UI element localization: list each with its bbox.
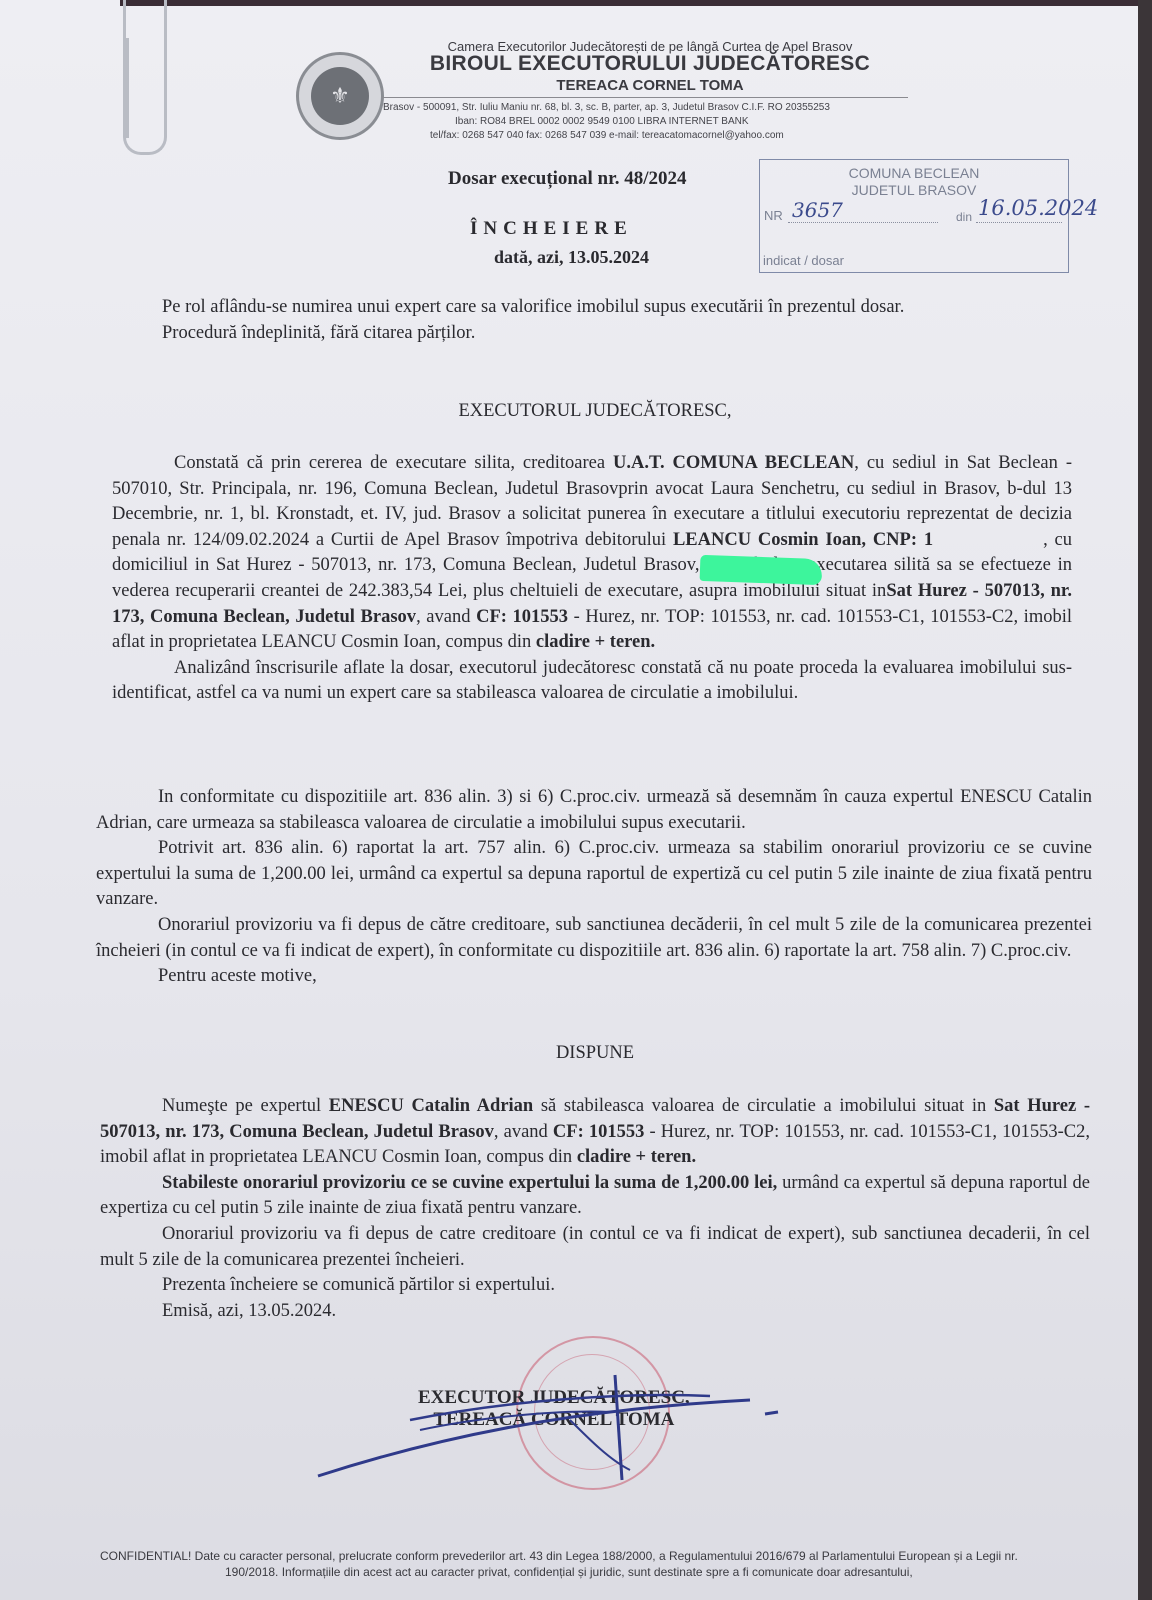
letterhead-iban: Iban: RO84 BREL 0002 0002 9549 0100 LIBR… — [455, 116, 749, 127]
stamp-nr-label: NR — [764, 208, 783, 223]
decision-paragraph-2: Stabileste onorariul provizoriu ce se cu… — [100, 1171, 1090, 1222]
stamp-nr-dotline — [788, 222, 938, 223]
paperclip-inner-wire — [126, 38, 129, 138]
decision-paragraph-3: Onorariul provizoriu va fi depus de catr… — [100, 1222, 1090, 1273]
findings-paragraph-2: Analizând înscrisurile aflate la dosar, … — [112, 656, 1072, 707]
stamp-din-label: din — [956, 210, 972, 224]
text-span: să stabileasca valoarea de circulatie a … — [533, 1096, 994, 1116]
property-cf: CF: 101553 — [476, 607, 568, 627]
footer-line-2: 190/2018. Informațiile din acest act au … — [100, 1564, 1100, 1580]
findings-paragraph-5: Onorariul provizoriu va fi depus de cătr… — [96, 913, 1092, 964]
document-date: dată, azi, 13.05.2024 — [494, 247, 649, 268]
debtor-name: LEANCU Cosmin Ioan, CNP: 1 — [673, 530, 933, 550]
text-span: Numeşte pe expertul — [162, 1096, 329, 1116]
letterhead-contact: tel/fax: 0268 547 040 fax: 0268 547 039 … — [430, 130, 784, 141]
intro-paragraph-2: Procedură îndeplinită, fără citarea părț… — [100, 321, 1090, 347]
findings-paragraph-6: Pentru aceste motive, — [96, 964, 1092, 990]
findings-paragraph-3: In conformitate cu dispozitiile art. 836… — [96, 785, 1092, 836]
stamp-date-handwritten: 16.05.2024 — [978, 196, 1098, 220]
text-span: Constată că prin cererea de executare si… — [174, 453, 613, 473]
coat-of-arms-logo: ⚜ — [296, 52, 384, 140]
intro-section: Pe rol aflându-se numirea unui expert ca… — [100, 295, 1090, 346]
findings-section: Constată că prin cererea de executare si… — [112, 451, 1072, 707]
signature-name: TEREACĂ CORNEL TOMA — [418, 1409, 690, 1431]
confidentiality-footer: CONFIDENTIAL! Date cu caracter personal,… — [100, 1548, 1100, 1580]
footer-line-1: CONFIDENTIAL! Date cu caracter personal,… — [100, 1548, 1100, 1564]
decision-heading: DISPUNE — [100, 1043, 1090, 1064]
decision-paragraph-5: Emisă, azi, 13.05.2024. — [100, 1299, 1090, 1325]
decision-paragraph-1: Numeşte pe expertul ENESCU Catalin Adria… — [100, 1094, 1090, 1171]
stamp-commune: COMUNA BECLEAN — [760, 165, 1068, 181]
signature-block: EXECUTOR JUDECĂTORESC, TEREACĂ CORNEL TO… — [418, 1387, 690, 1431]
background-edge-top — [120, 0, 1138, 6]
romania-coat-of-arms-icon: ⚜ — [311, 67, 369, 125]
signature-title: EXECUTOR JUDECĂTORESC, — [418, 1387, 690, 1409]
stamp-footer: indicat / dosar — [763, 253, 844, 268]
letterhead-office: BIROUL EXECUTORULUI JUDECĂTORESC — [380, 52, 920, 76]
letterhead-divider — [382, 97, 908, 98]
redaction-marker — [700, 555, 823, 585]
stamp-din-dotline — [976, 222, 1062, 223]
text-span: , avand — [416, 607, 476, 627]
decision-section: Numeşte pe expertul ENESCU Catalin Adria… — [100, 1094, 1090, 1324]
paperclip-icon — [123, 0, 167, 155]
registration-stamp: COMUNA BECLEAN JUDETUL BRASOV NR 3657 di… — [759, 159, 1069, 273]
letterhead-name: TEREACA CORNEL TOMA — [380, 77, 920, 94]
stamp-nr-handwritten: 3657 — [792, 198, 843, 222]
findings-section-2: In conformitate cu dispozitiile art. 836… — [96, 785, 1092, 990]
decision-paragraph-4: Prezenta încheiere se comunică părtilor … — [100, 1273, 1090, 1299]
findings-paragraph-4: Potrivit art. 836 alin. 6) raportat la a… — [96, 836, 1092, 913]
letterhead-address: Brasov - 500091, Str. Iuliu Maniu nr. 68… — [383, 102, 830, 113]
section-heading: EXECUTORUL JUDECĂTORESC, — [100, 401, 1090, 422]
file-number: Dosar execuțional nr. 48/2024 — [448, 168, 687, 190]
text-span: , avand — [494, 1122, 553, 1142]
expert-name: ENESCU Catalin Adrian — [329, 1096, 533, 1116]
background-edge-right — [1138, 0, 1152, 1600]
findings-paragraph-1: Constată că prin cererea de executare si… — [112, 451, 1072, 656]
intro-paragraph-1: Pe rol aflându-se numirea unui expert ca… — [100, 295, 1090, 321]
document-title: ÎNCHEIERE — [470, 218, 633, 240]
property-composition: cladire + teren. — [577, 1147, 696, 1167]
creditor-name: U.A.T. COMUNA BECLEAN — [613, 453, 854, 473]
property-cf: CF: 101553 — [553, 1122, 644, 1142]
property-composition: cladire + teren. — [536, 632, 655, 652]
fee-statement: Stabileste onorariul provizoriu ce se cu… — [162, 1173, 777, 1193]
